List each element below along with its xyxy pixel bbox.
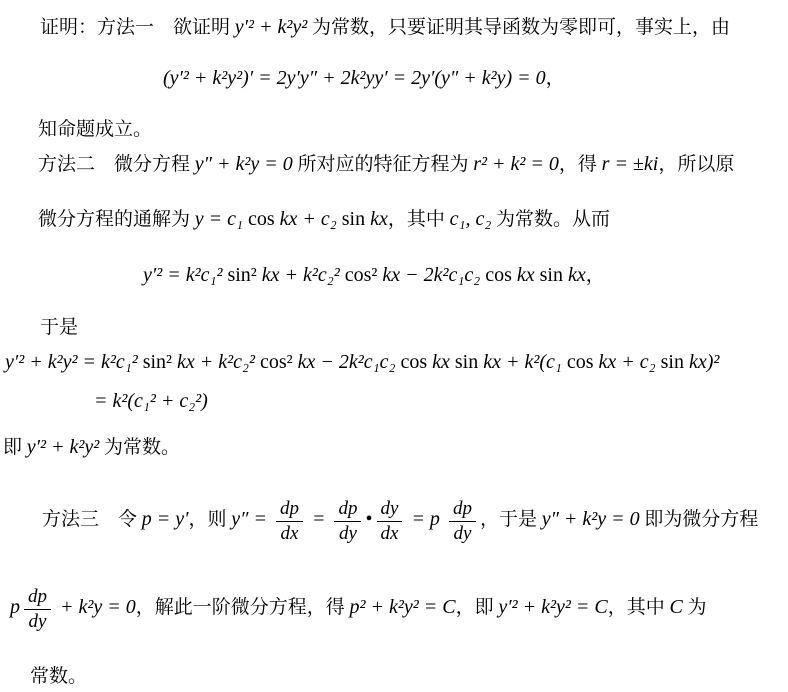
math-run: sin [455, 351, 478, 373]
math-run: c₁, c₂ [450, 208, 492, 230]
derivative-equation: (y′² + k²y²)′ = 2y′y″ + 2k²yy′ = 2y′(y″ … [163, 64, 565, 94]
text-run: 为常数。从而 [491, 209, 610, 230]
math-run: r² + k² = 0 [473, 153, 559, 175]
text-run: ，其中 [608, 597, 670, 618]
text-run: ，其中 [388, 209, 450, 230]
math-run: = [307, 508, 331, 530]
math-run: sin [540, 264, 563, 286]
text-run: 为 [683, 597, 707, 618]
math-run: y′² + k²y² = k²c₁² [5, 351, 143, 373]
general-solution-line: 微分方程的通解为 y = c₁ cos kx + c₂ sin kx，其中 c₁… [38, 205, 610, 235]
math-run: kx [563, 264, 586, 286]
math-run: p² + k²y² = C [350, 596, 456, 618]
text-run: 所对应的特征方程为 [293, 154, 474, 175]
conclusion-method1-line: 知命题成立。 [38, 116, 152, 145]
math-run: kx + c₂ [594, 351, 661, 373]
math-run: y′² + k²y² [235, 16, 308, 38]
y-prime-squared-equation: y′² = k²c₁² sin² kx + k²c₂² cos² kx − 2k… [143, 261, 605, 291]
fraction-denominator: dx [377, 522, 403, 545]
fraction-numerator: dp [24, 586, 51, 610]
text-run: ， [546, 68, 565, 89]
method2-intro-line: 方法二 微分方程 y″ + k²y = 0 所对应的特征方程为 r² + k² … [38, 150, 734, 180]
math-run: sin² [143, 351, 172, 373]
text-run: 方法二 微分方程 [38, 154, 195, 175]
fraction-denominator: dy [449, 522, 476, 545]
text-run: ，则 [189, 509, 232, 530]
math-run: = p [406, 508, 445, 530]
fraction-numerator: dp [276, 498, 303, 522]
math-run: y′² = k²c₁² [143, 264, 227, 286]
text-run: 知命题成立。 [38, 119, 152, 140]
math-run: C [669, 596, 682, 618]
text-run: 即为微分方程 [640, 509, 759, 530]
fraction-denominator: dx [276, 522, 303, 545]
text-run: 证明：方法一 欲证明 [40, 17, 235, 38]
math-run: kx + k²(c₁ [478, 351, 567, 373]
math-run: kx)² [684, 351, 719, 373]
text-run: ， [586, 265, 605, 286]
text-run: ，解此一阶微分方程，得 [136, 597, 350, 618]
math-run: kx − 2k²c₁c₂ [293, 351, 401, 373]
math-run: cos [248, 208, 275, 230]
math-run: kx [365, 208, 388, 230]
math-run: sin [342, 208, 365, 230]
fraction-numerator: dp [334, 498, 361, 522]
text-run: 常数。 [30, 666, 87, 687]
thus-line: 于是 [40, 314, 78, 343]
math-run: kx [427, 351, 455, 373]
math-run: cos [567, 351, 594, 373]
math-run: kx + k²c₂² [257, 264, 345, 286]
math-run: = k²(c₁² + c₂²) [94, 390, 208, 412]
fraction: dydx [377, 498, 403, 545]
text-run: 即 [3, 437, 27, 458]
math-run: (y′² + k²y²)′ = 2y′y″ + 2k²yy′ = 2y′(y″ … [163, 67, 546, 89]
fraction-denominator: dy [24, 610, 51, 633]
math-run: + k²y = 0 [55, 596, 136, 618]
text-run: 微分方程的通解为 [38, 209, 195, 230]
math-run: cos [400, 351, 427, 373]
math-run: y″ + k²y = 0 [542, 508, 640, 530]
text-run: ，所以原 [658, 154, 734, 175]
method3-intro-line: 方法三 令 p = y′，则 y″ = dpdx = dpdy•dydx = p… [42, 498, 758, 545]
math-run: r = ±ki [602, 153, 659, 175]
math-run: kx + c₂ [275, 208, 342, 230]
math-run: y″ + k²y = 0 [195, 153, 293, 175]
fraction-numerator: dy [377, 498, 403, 522]
fraction: dpdy [334, 498, 361, 545]
text-run: 于是 [40, 317, 78, 338]
constant-line: 常数。 [30, 663, 87, 692]
math-run: sin² [227, 264, 256, 286]
math-run: • [365, 508, 372, 530]
long-sum-equation-line2: = k²(c₁² + c₂²) [94, 387, 208, 415]
math-run: y″ = [231, 508, 272, 530]
math-run: y = c₁ [195, 208, 248, 230]
fraction: dpdy [24, 586, 51, 633]
fraction-denominator: dy [334, 522, 361, 545]
text-run: 为常数，只要证明其导函数为零即可，事实上，由 [307, 17, 730, 38]
proof-document: 证明：方法一 欲证明 y′² + k²y² 为常数，只要证明其导函数为零即可，事… [0, 0, 788, 692]
first-order-ode-line: pdpdy + k²y = 0，解此一阶微分方程，得 p² + k²y² = C… [10, 586, 707, 633]
math-run: y′² + k²y² [27, 436, 100, 458]
math-run: p = y′ [142, 508, 189, 530]
fraction-numerator: dp [449, 498, 476, 522]
math-run: cos [485, 264, 512, 286]
math-run: cos² [345, 264, 378, 286]
math-run: cos² [260, 351, 293, 373]
fraction: dpdx [276, 498, 303, 545]
math-run: y′² + k²y² = C [498, 596, 607, 618]
math-run: p [10, 596, 20, 618]
long-sum-equation-line1: y′² + k²y² = k²c₁² sin² kx + k²c₂² cos² … [5, 348, 719, 376]
text-run: 为常数。 [99, 437, 180, 458]
math-run: kx [512, 264, 540, 286]
text-run: ，即 [456, 597, 499, 618]
fraction: dpdy [449, 498, 476, 545]
math-run: kx − 2k²c₁c₂ [377, 264, 485, 286]
text-run: ，于是 [480, 509, 542, 530]
conclusion-method2-line: 即 y′² + k²y² 为常数。 [3, 433, 180, 463]
math-run: sin [661, 351, 684, 373]
text-run: 方法三 令 [42, 509, 142, 530]
math-run: kx + k²c₂² [172, 351, 260, 373]
proof-intro-line: 证明：方法一 欲证明 y′² + k²y² 为常数，只要证明其导函数为零即可，事… [40, 13, 730, 43]
text-run: ，得 [559, 154, 602, 175]
